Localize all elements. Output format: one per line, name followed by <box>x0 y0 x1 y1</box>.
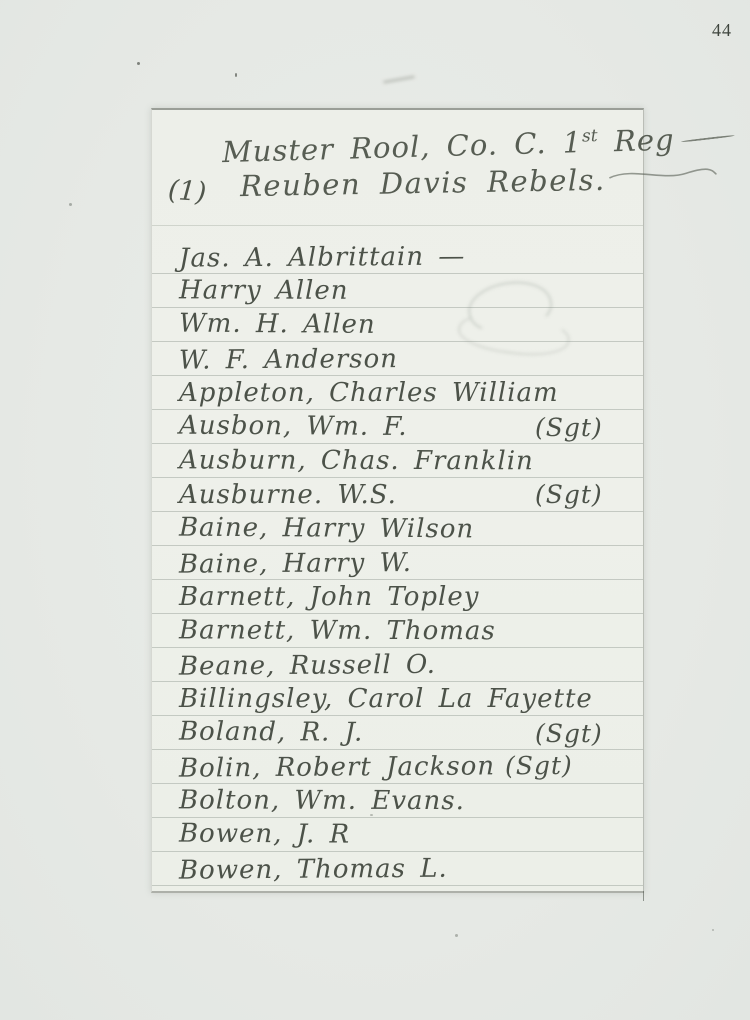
document-subtitle: Reuben Davis Rebels. <box>240 161 718 203</box>
roster-entry: Bolin, Robert Jackson(Sgt) <box>179 748 639 785</box>
ink-speck <box>455 934 458 937</box>
roster-entry: Beane, Russell O. <box>179 646 639 683</box>
entry-name: Bowen, J. R <box>179 819 350 850</box>
title-suffix: Reg <box>597 123 675 159</box>
entry-name: Billingsley, Carol La Fayette <box>179 684 593 714</box>
entry-name: Jas. A. Albrittain — <box>179 242 466 274</box>
entry-name: Bowen, Thomas L. <box>179 854 448 886</box>
entry-rank: (Sgt) <box>535 717 603 751</box>
roster-entry: Ausbon, Wm. F.(Sgt) <box>179 409 639 446</box>
roster-entry: Appleton, Charles William <box>179 376 639 410</box>
entry-name: Beane, Russell O. <box>179 650 436 682</box>
page-number: 44 <box>712 20 732 41</box>
title-superscript: st <box>582 126 598 146</box>
roster-entry: Jas. A. Albrittain — <box>179 238 639 275</box>
entry-name: Wm. H. Allen <box>179 309 376 340</box>
list-number-marker: (1) <box>167 175 207 209</box>
roster-entry: Barnett, John Topley <box>179 580 639 614</box>
roster-entry: Ausburn, Chas. Franklin <box>179 443 639 478</box>
entry-name: Ausbon, Wm. F. <box>179 411 408 442</box>
ink-speck <box>370 814 373 816</box>
roster-entry: Wm. H. Allen <box>179 307 639 344</box>
entry-name: Ausburn, Chas. Franklin <box>179 445 534 476</box>
entry-name: Baine, Harry Wilson <box>179 513 474 545</box>
ink-speck <box>712 929 714 931</box>
roster-entry: Ausburne. W.S.(Sgt) <box>179 478 639 512</box>
entry-name: Boland, R. J. <box>179 717 363 748</box>
scan-streak <box>383 75 415 84</box>
scanned-paper: Muster Rool, Co. C. 1st Reg (1) Reuben D… <box>151 108 644 893</box>
subtitle-flourish-line <box>607 166 717 184</box>
entry-name: Ausburne. W.S. <box>179 480 397 510</box>
title-text: Muster Rool, Co. C. 1 <box>222 125 583 169</box>
entry-name: Barnett, Wm. Thomas <box>179 615 496 646</box>
ink-speck <box>69 203 72 206</box>
roster-entry: Boland, R. J.(Sgt) <box>179 715 639 752</box>
roster-entry: Baine, Harry W. <box>179 544 639 581</box>
roster-entry: Billingsley, Carol La Fayette <box>179 682 639 716</box>
entry-rank: (Sgt) <box>535 411 603 445</box>
roster-entry: Baine, Harry Wilson <box>179 511 639 548</box>
roster-entry: Harry Allen <box>179 273 639 308</box>
entry-rank: (Sgt) <box>505 751 573 780</box>
ink-speck <box>137 62 140 65</box>
roster-entry: Barnett, Wm. Thomas <box>179 613 639 648</box>
entry-name: W. F. Anderson <box>179 344 398 376</box>
title-dash-flourish <box>681 135 735 143</box>
entry-name: Harry Allen <box>179 275 349 305</box>
entry-name: Bolin, Robert Jackson <box>179 751 495 783</box>
entry-name: Bolton, Wm. Evans. <box>179 785 465 816</box>
roster-list: Jas. A. Albrittain — Harry Allen Wm. H. … <box>179 240 639 886</box>
entry-name: Appleton, Charles William <box>179 378 559 408</box>
roster-entry: Bowen, Thomas L. <box>179 850 639 887</box>
paper-corner-tick <box>643 891 644 901</box>
roster-entry: Bowen, J. R <box>179 817 639 854</box>
subtitle-text: Reuben Davis Rebels. <box>240 163 606 203</box>
roster-entry: Bolton, Wm. Evans. <box>179 783 639 818</box>
entry-name: Baine, Harry W. <box>179 548 412 580</box>
roster-entry: W. F. Anderson <box>179 340 639 377</box>
ink-speck <box>235 73 237 77</box>
entry-rank: (Sgt) <box>535 478 603 512</box>
entry-name: Barnett, John Topley <box>179 582 479 612</box>
